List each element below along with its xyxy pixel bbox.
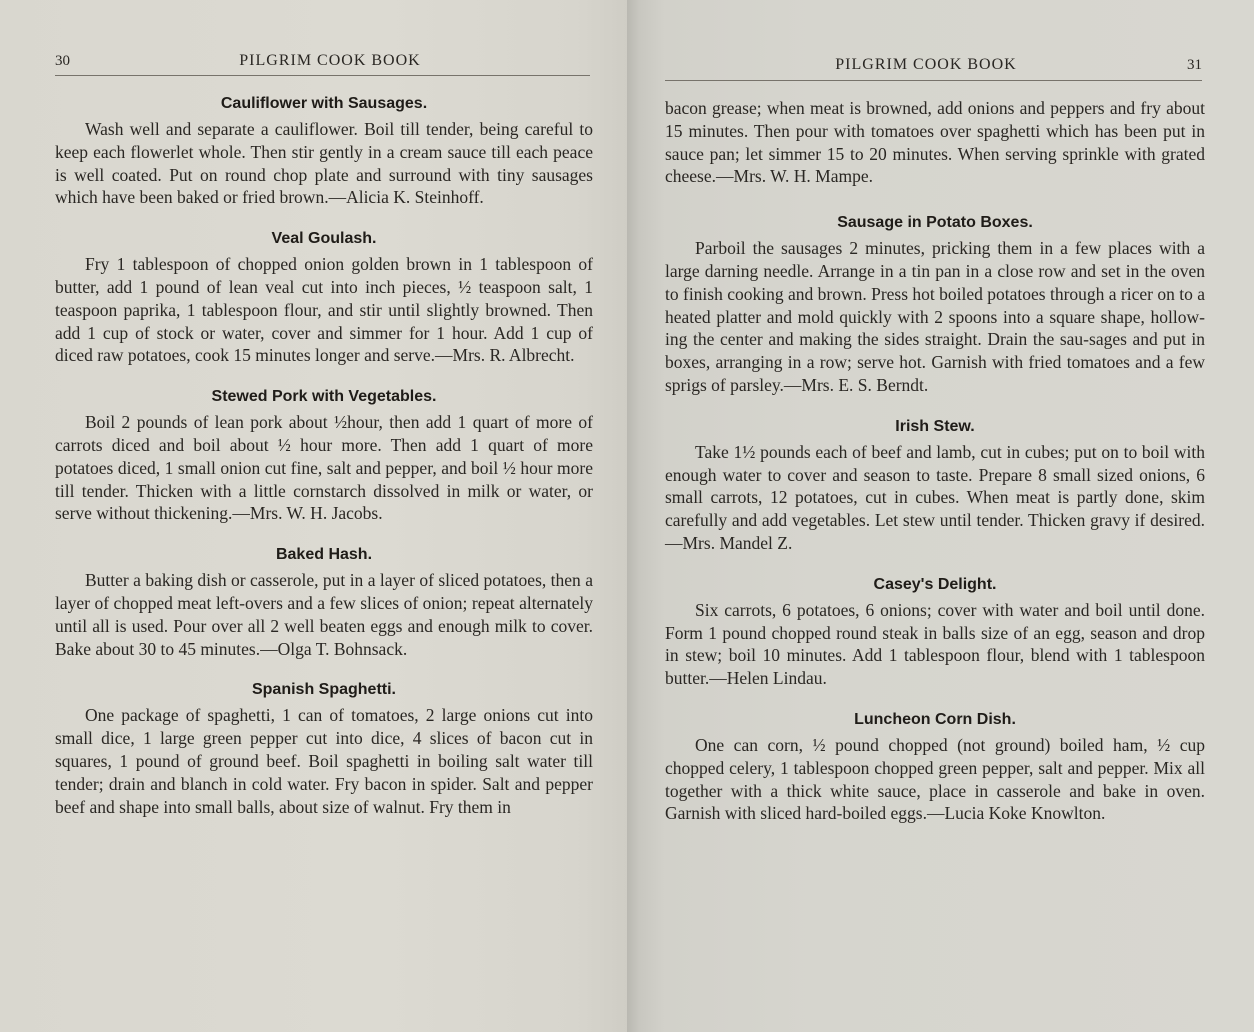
recipe: Casey's Delight. Six carrots, 6 potatoes… xyxy=(665,574,1205,690)
left-page-number: 30 xyxy=(55,53,70,70)
recipe: Irish Stew. Take 1½ pounds each of beef … xyxy=(665,416,1205,555)
right-running-head: PILGRIM COOK BOOK 31 xyxy=(665,56,1202,76)
recipe: Sausage in Potato Boxes. Parboil the sau… xyxy=(665,212,1205,397)
right-page-content: bacon grease; when meat is browned, add … xyxy=(665,97,1205,841)
recipe-body: Boil 2 pounds of lean pork about ½hour, … xyxy=(55,411,593,525)
recipe-title: Spanish Spaghetti. xyxy=(55,679,593,701)
recipe-title: Luncheon Corn Dish. xyxy=(665,709,1205,731)
recipe-body: One can corn, ½ pound chopped (not groun… xyxy=(665,734,1205,825)
recipe-title: Veal Goulash. xyxy=(55,228,593,250)
recipe: Baked Hash. Butter a baking dish or cass… xyxy=(55,544,593,660)
recipe-title: Stewed Pork with Vegetables. xyxy=(55,386,593,408)
recipe-body: Parboil the sausages 2 minutes, pricking… xyxy=(665,237,1205,397)
recipe: Luncheon Corn Dish. One can corn, ½ poun… xyxy=(665,709,1205,825)
recipe-title: Irish Stew. xyxy=(665,416,1205,438)
right-header-rule xyxy=(665,80,1202,81)
book-spread: 30 PILGRIM COOK BOOK Cauliflower with Sa… xyxy=(0,0,1254,1032)
recipe-body: Fry 1 tablespoon of chopped onion golden… xyxy=(55,253,593,367)
left-page: 30 PILGRIM COOK BOOK Cauliflower with Sa… xyxy=(0,0,627,1032)
right-page-number: 31 xyxy=(1187,57,1202,74)
right-page: PILGRIM COOK BOOK 31 bacon grease; when … xyxy=(627,0,1254,1032)
recipe-body: Butter a baking dish or casserole, put i… xyxy=(55,569,593,660)
recipe-title: Sausage in Potato Boxes. xyxy=(665,212,1205,234)
recipe-title: Casey's Delight. xyxy=(665,574,1205,596)
left-header-rule xyxy=(55,75,590,76)
recipe: Spanish Spaghetti. One package of spaghe… xyxy=(55,679,593,818)
left-running-head: 30 PILGRIM COOK BOOK xyxy=(55,52,590,72)
right-running-title: PILGRIM COOK BOOK xyxy=(665,56,1187,74)
recipe: Veal Goulash. Fry 1 tablespoon of choppe… xyxy=(55,228,593,367)
recipe: Stewed Pork with Vegetables. Boil 2 poun… xyxy=(55,386,593,525)
left-page-content: Cauliflower with Sausages. Wash well and… xyxy=(55,93,593,834)
left-running-title: PILGRIM COOK BOOK xyxy=(70,52,590,70)
recipe-title: Baked Hash. xyxy=(55,544,593,566)
continuation-body: bacon grease; when meat is browned, add … xyxy=(665,97,1205,188)
recipe-body: One package of spaghetti, 1 can of tomat… xyxy=(55,704,593,818)
recipe: Cauliflower with Sausages. Wash well and… xyxy=(55,93,593,209)
recipe-body: Take 1½ pounds each of beef and lamb, cu… xyxy=(665,441,1205,555)
recipe-body: Wash well and separate a cauliflower. Bo… xyxy=(55,118,593,209)
recipe-title: Cauliflower with Sausages. xyxy=(55,93,593,115)
recipe-continuation: bacon grease; when meat is browned, add … xyxy=(665,97,1205,188)
recipe-body: Six carrots, 6 potatoes, 6 onions; cover… xyxy=(665,599,1205,690)
